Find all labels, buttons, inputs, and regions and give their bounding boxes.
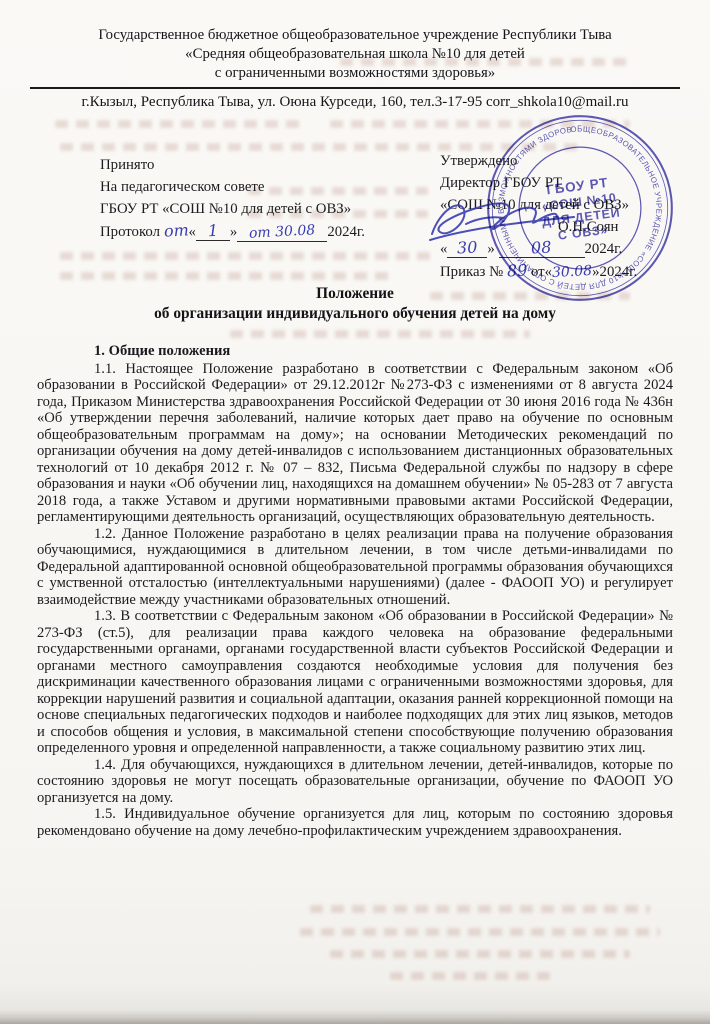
bleed-through-artifact — [230, 330, 530, 338]
accepted-block: Принято На педагогическом совете ГБОУ РТ… — [100, 154, 365, 243]
quote-close: » — [487, 241, 494, 257]
handwritten-ot: от — [163, 219, 189, 242]
protocol-line: Протокол от«1»от 30.082024г. — [100, 220, 365, 243]
header-divider-line — [30, 87, 680, 89]
quote-open: « — [440, 241, 447, 257]
signer-line: О.Н.Соян — [440, 216, 637, 238]
order-label: Приказ № — [440, 264, 503, 280]
bleed-through-artifact — [390, 972, 550, 980]
protocol-label: Протокол — [100, 224, 160, 240]
accepted-line3: ГБОУ РТ «СОШ №10 для детей с ОВЗ» — [100, 198, 365, 220]
org-name-line1: Государственное бюджетное общеобразовате… — [28, 26, 682, 45]
paragraph-1-4: 1.4. Для обучающихся, нуждающихся в длит… — [37, 757, 673, 807]
document-title-line2: об организации индивидуального обучения … — [0, 304, 710, 324]
scanned-document-page: Государственное бюджетное общеобразовате… — [0, 0, 710, 1024]
approved-line2: Директор ГБОУ РТ — [440, 172, 637, 194]
document-title-line1: Положение — [0, 284, 710, 304]
paragraph-1-3: 1.3. В соответствии с Федеральным законо… — [37, 608, 673, 757]
quote-close: » — [230, 224, 237, 240]
accepted-title: Принято — [100, 154, 365, 176]
quote-open: « — [189, 224, 196, 240]
handwritten-day: 30 — [457, 240, 478, 255]
protocol-date-blank: от 30.08 — [237, 225, 327, 242]
signer-name: О.Н.Соян — [558, 219, 618, 235]
quote-close: » — [592, 264, 599, 280]
org-name-line2: «Средняя общеобразовательная школа №10 д… — [28, 45, 682, 64]
bleed-through-artifact — [55, 120, 305, 128]
handwritten-month: 08 — [531, 240, 552, 255]
order-line: Приказ № 89 от«30.08»2024г. — [440, 260, 637, 283]
handwritten-order-number: 89 — [506, 259, 527, 282]
bleed-through-artifact — [60, 252, 430, 260]
handwritten-protocol-date: от 30.08 — [249, 223, 316, 240]
approved-line3: «СОШ №10 для детей с ОВЗ» — [440, 194, 637, 216]
order-ot: от — [531, 264, 545, 280]
approved-block: Утверждено Директор ГБОУ РТ «СОШ №10 для… — [440, 150, 637, 283]
handwritten-order-date: 30.08 — [551, 260, 592, 284]
month-blank: 08 — [499, 241, 585, 258]
bleed-through-artifact — [60, 272, 390, 280]
document-header: Государственное бюджетное общеобразовате… — [28, 26, 682, 112]
bleed-through-artifact — [310, 905, 650, 913]
section-heading-general-provisions: 1. Общие положения — [37, 343, 673, 360]
accepted-line2: На педагогическом совете — [100, 176, 365, 198]
bleed-through-artifact — [330, 120, 630, 128]
document-body: 1. Общие положения 1.1. Настоящее Положе… — [37, 343, 673, 839]
paragraph-1-5: 1.5. Индивидуальное обучение организуетс… — [37, 806, 673, 839]
document-title: Положение об организации индивидуального… — [0, 284, 710, 324]
org-address-line: г.Кызыл, Республика Тыва, ул. Оюна Курсе… — [28, 92, 682, 112]
day-blank: 30 — [447, 241, 487, 258]
approval-date-line: «30» 082024г. — [440, 238, 637, 260]
paragraph-1-1: 1.1. Настоящее Положение разработано в с… — [37, 361, 673, 526]
paragraph-1-2: 1.2. Данное Положение разработано в целя… — [37, 526, 673, 609]
protocol-number-blank: 1 — [196, 224, 230, 241]
bleed-through-artifact — [300, 928, 660, 936]
order-year: 2024г. — [600, 264, 638, 280]
bleed-through-artifact — [330, 950, 630, 958]
approval-year: 2024г. — [585, 241, 623, 257]
handwritten-protocol-number: 1 — [207, 224, 218, 239]
protocol-year: 2024г. — [327, 224, 365, 240]
approved-title: Утверждено — [440, 150, 637, 172]
org-name-line3: с ограниченными возможностями здоровья» — [28, 64, 682, 83]
scanned-page-edge-shadow — [0, 1010, 710, 1024]
